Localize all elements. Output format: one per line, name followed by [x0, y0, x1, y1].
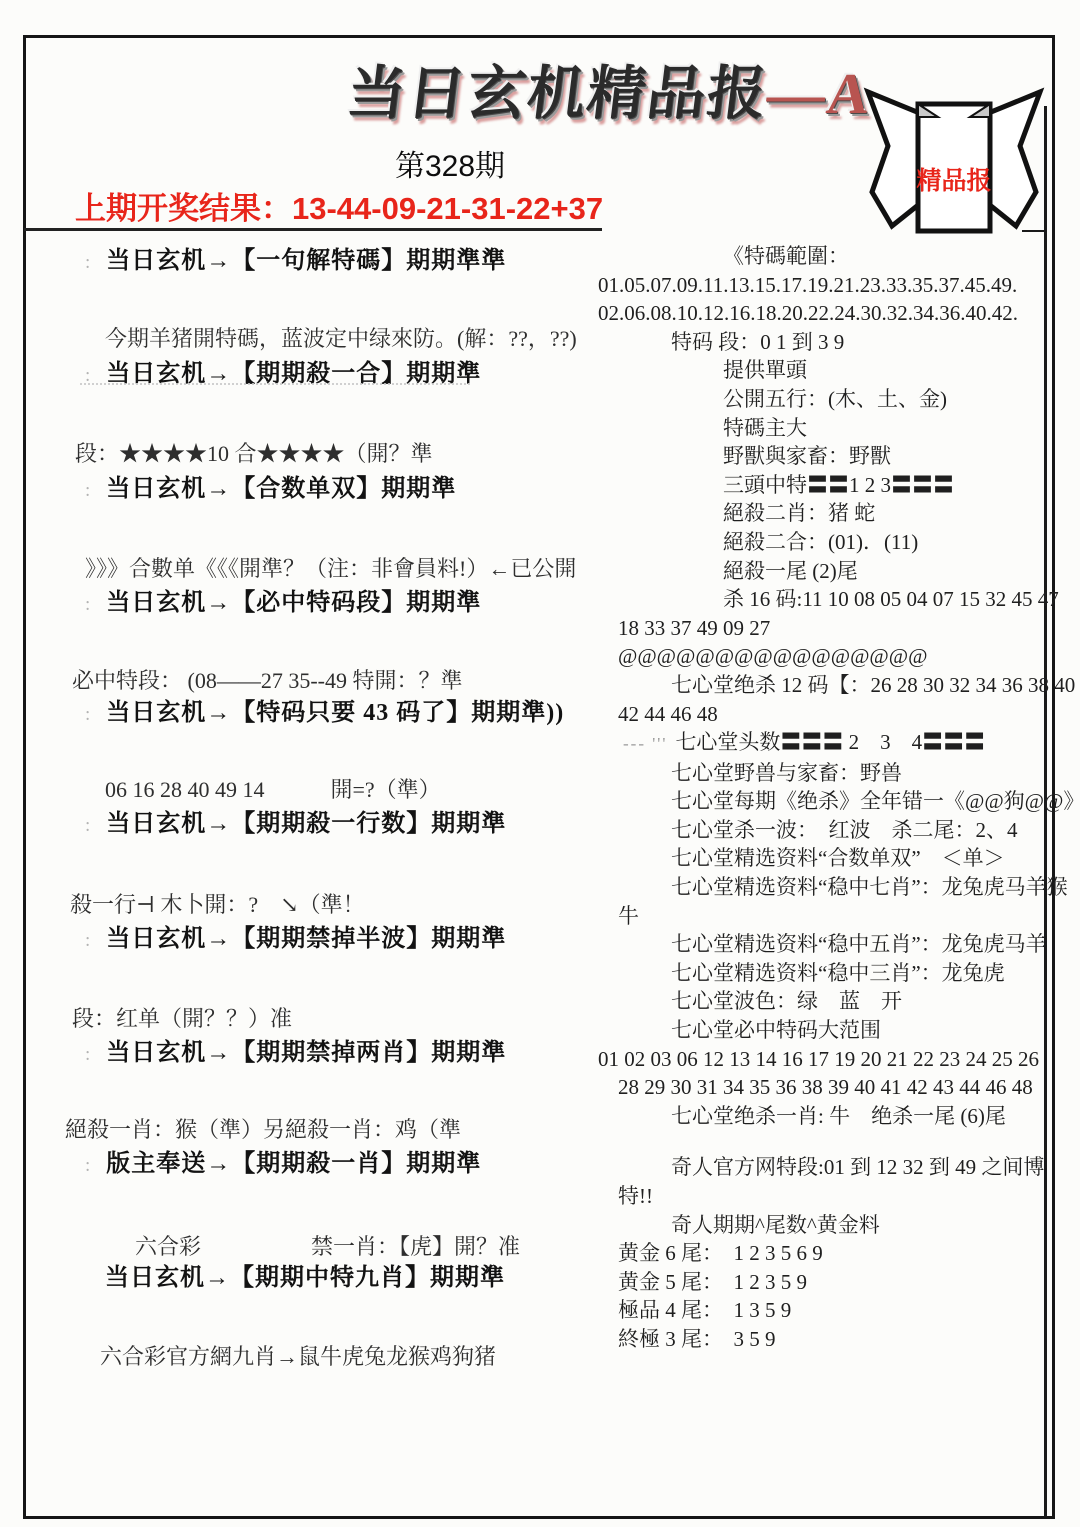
line-text: 段：★★★★10 合★★★★（開？準 [75, 441, 433, 466]
info-line: 七心堂野兽与家畜：野兽 [598, 759, 1050, 788]
line-text: 牛 [618, 904, 639, 928]
info-line: 01 02 03 06 12 13 14 16 17 19 20 21 22 2… [598, 1045, 1050, 1074]
line-text: 特!! [618, 1184, 653, 1208]
line-text: 黄金 5 尾： 1 2 3 5 9 [618, 1270, 807, 1294]
issue-number: 第328期 [325, 141, 575, 185]
line-text: 絕殺二肖：猪 蛇 [723, 501, 875, 525]
info-line: 七心堂杀一波： 红波 杀二尾：2、4 [598, 816, 1050, 845]
line-text: 公開五行：(木、土、金) [723, 387, 947, 411]
line-prefix: : [85, 930, 91, 951]
info-line: 牛 [598, 902, 1050, 931]
info-line: 七心堂精选资料“稳中七肖”：龙兔虎马羊猴 [598, 873, 1050, 902]
line-text: 絕殺一尾 (2)尾 [723, 559, 858, 583]
line-text: 絕殺一肖：猴（準）另絕殺一肖：鸡（準 [65, 1117, 461, 1142]
line-text: 七心堂绝杀一肖: 牛 绝杀一尾 (6)尾 [671, 1104, 1006, 1128]
faded-print-artifact [80, 383, 470, 385]
tip-line: 段：红单（開？？）准 [72, 1002, 292, 1033]
line-prefix: : [85, 252, 91, 273]
line-text: 段：红单（開？？）准 [72, 1006, 292, 1031]
info-line: 奇人官方网特段:01 到 12 32 到 49 之间博 [598, 1153, 1050, 1182]
line-text: 42 44 46 48 [618, 702, 718, 726]
tip-line: :当日玄机→【特码只要 43 码了】期期準)) [85, 692, 564, 727]
info-line: 野獸與家畜：野獸 [598, 442, 1050, 471]
line-text: 六合彩官方網九肖→鼠牛虎兔龙猴鸡狗猪 [100, 1344, 496, 1369]
info-line: 七心堂绝杀 12 码【：26 28 30 32 34 36 38 40 [598, 671, 1050, 700]
info-line: 七心堂绝杀一肖: 牛 绝杀一尾 (6)尾 [598, 1102, 1050, 1131]
tip-line: :当日玄机→【必中特码段】期期準 [85, 582, 481, 617]
line-text: 《特碼範圍： [723, 244, 849, 268]
line-text: 七心堂波色：绿 蓝 开 [671, 989, 902, 1013]
line-prefix: : [85, 594, 91, 615]
line-text: 七心堂绝杀 12 码【：26 28 30 32 34 36 38 40 [671, 673, 1075, 697]
line-text: 特碼主大 [723, 416, 807, 440]
tip-line: 当日玄机→【期期中特九肖】期期準 [105, 1257, 505, 1292]
ribbon-label: 精品报 [916, 166, 991, 195]
header-divider-line [24, 228, 602, 231]
line-text: 七心堂精选资料“稳中七肖”：龙兔虎马羊猴 [671, 875, 1068, 899]
tip-sheet-page: 当日玄机精品报—A 第328期 上期开奖结果：13-44-09-21-31-22… [0, 0, 1080, 1527]
info-line: 七心堂每期《绝杀》全年错一《@@狗@@》 [598, 787, 1050, 816]
line-text: 当日玄机→【合数单双】期期準 [106, 476, 456, 502]
line-prefix: : [85, 815, 91, 836]
info-line: 極品 4 尾： 1 3 5 9 [598, 1296, 1050, 1325]
line-text: 02.06.08.10.12.16.18.20.22.24.30.32.34.3… [598, 301, 1018, 325]
ribbon-banner-icon: 精品报 [858, 76, 1050, 234]
info-line: 杀 16 码:11 10 08 05 04 07 15 32 45 47 [598, 585, 1050, 614]
line-text: 殺一行⊣ 木卜開：? ↘（準！ [70, 892, 365, 917]
line-text: 》》》合數单《《《開準？（注：非會員料!）←已公開 [85, 556, 576, 581]
tip-line: 絕殺一肖：猴（準）另絕殺一肖：鸡（準 [65, 1113, 461, 1144]
line-text: 当日玄机→【期期禁掉半波】期期準 [106, 926, 506, 952]
line-text: 奇人官方网特段:01 到 12 32 到 49 之间博 [671, 1155, 1044, 1179]
line-text: 18 33 37 49 09 27 [618, 616, 770, 640]
info-line: 七心堂必中特码大范围 [598, 1016, 1050, 1045]
line-text: 01.05.07.09.11.13.15.17.19.21.23.33.35.3… [598, 273, 1017, 297]
line-text: 絕殺二合：(01)．(11) [723, 530, 918, 554]
line-text: 終極 3 尾： 3 5 9 [618, 1327, 776, 1351]
tip-line: :版主奉送→【期期殺一肖】期期準 [85, 1143, 481, 1178]
info-line: 七心堂精选资料“稳中三肖”：龙兔虎 [598, 959, 1050, 988]
line-text: 杀 16 码:11 10 08 05 04 07 15 32 45 47 [723, 587, 1059, 611]
line-text: 当日玄机→【特码只要 43 码了】期期準)) [106, 700, 564, 726]
tip-line: 段：★★★★10 合★★★★（開？準 [75, 437, 433, 468]
page-title: 当日玄机精品报—A [315, 46, 905, 130]
line-text: 七心堂精选资料“合数单双” ＜单＞ [671, 846, 1005, 870]
line-text: 06 16 28 40 49 14 開=?（準） [105, 777, 441, 802]
tip-line: 殺一行⊣ 木卜開：? ↘（準！ [70, 888, 365, 919]
info-line: 絕殺一尾 (2)尾 [598, 557, 1050, 586]
tip-line: :当日玄机→【期期禁掉两肖】期期準 [85, 1032, 506, 1067]
line-text: 当日玄机→【一句解特碼】期期準準 [106, 248, 506, 274]
tip-line: :当日玄机→【合数单双】期期準 [85, 468, 456, 503]
line-text: 七心堂精选资料“稳中五肖”：龙兔虎马羊 [671, 932, 1047, 956]
line-text: 六合彩 禁一肖：【虎】開？准 [135, 1234, 520, 1259]
line-text: 28 29 30 31 34 35 36 38 39 40 41 42 43 4… [618, 1075, 1033, 1099]
info-line: 奇人期期^尾数^黄金料 [598, 1211, 1050, 1240]
line-text: 七心堂精选资料“稳中三肖”：龙兔虎 [671, 961, 1005, 985]
info-line: 《特碼範圍： [598, 242, 1050, 271]
info-line: 01.05.07.09.11.13.15.17.19.21.23.33.35.3… [598, 271, 1050, 300]
tip-line: 06 16 28 40 49 14 開=?（準） [105, 773, 441, 804]
line-text: 七心堂必中特码大范围 [671, 1018, 881, 1042]
line-prefix: : [85, 704, 91, 725]
line-text: 当日玄机→【期期禁掉两肖】期期準 [106, 1040, 506, 1066]
last-draw-result: 上期开奖结果：13-44-09-21-31-22+37 [75, 183, 603, 228]
line-text: 01 02 03 06 12 13 14 16 17 19 20 21 22 2… [598, 1047, 1039, 1071]
tip-line: :当日玄机→【一句解特碼】期期準準 [85, 240, 506, 275]
line-text: 当日玄机→【必中特码段】期期準 [106, 590, 481, 616]
right-column: 《特碼範圍： 01.05.07.09.11.13.15.17.19.21.23.… [598, 242, 1050, 1354]
tip-line: :当日玄机→【期期殺一行数】期期準 [85, 803, 506, 838]
page-title-text: 当日玄机精品报 [343, 61, 771, 126]
info-line: @@@@@@@@@@@@@@@@ [598, 642, 1050, 671]
line-text: 当日玄机→【期期中特九肖】期期準 [105, 1265, 505, 1291]
line-text: 当日玄机→【期期殺一行数】期期準 [106, 811, 506, 837]
line-text: 野獸與家畜：野獸 [723, 444, 891, 468]
line-text: 七心堂杀一波： 红波 杀二尾：2、4 [671, 818, 1018, 842]
line-text: 黄金 6 尾： 1 2 3 5 6 9 [618, 1241, 823, 1265]
tip-line: 今期羊猪開特碼，蓝波定中绿來防。(解：??，??) [105, 322, 577, 353]
line-text: 今期羊猪開特碼，蓝波定中绿來防。(解：??，??) [105, 326, 577, 351]
tip-line: :当日玄机→【期期禁掉半波】期期準 [85, 918, 506, 953]
line-text: @@@@@@@@@@@@@@@@ [618, 644, 927, 668]
info-line: 特码 段：0 1 到 3 9 [598, 328, 1050, 357]
info-line: 七心堂精选资料“合数单双” ＜单＞ [598, 844, 1050, 873]
info-line: 42 44 46 48 [598, 700, 1050, 729]
info-line: 特碼主大 [598, 414, 1050, 443]
tip-line: 》》》合數单《《《開準？（注：非會員料!）←已公開 [85, 552, 576, 583]
line-text: 極品 4 尾： 1 3 5 9 [618, 1298, 791, 1322]
line-text: 版主奉送→【期期殺一肖】期期準 [106, 1151, 481, 1177]
info-line: 02.06.08.10.12.16.18.20.22.24.30.32.34.3… [598, 299, 1050, 328]
info-line: 黄金 5 尾： 1 2 3 5 9 [598, 1268, 1050, 1297]
line-prefix: : [85, 1044, 91, 1065]
info-line: 七心堂波色：绿 蓝 开 [598, 987, 1050, 1016]
line-text: 特码 段：0 1 到 3 9 [671, 330, 844, 354]
line-text: 必中特段： (08——27 35--49 特開：？準 [72, 668, 462, 693]
line-text: 奇人期期^尾数^黄金料 [671, 1213, 880, 1237]
tip-line: 必中特段： (08——27 35--49 特開：？準 [72, 664, 462, 695]
line-prefix: : [85, 480, 91, 501]
tip-line: 六合彩官方網九肖→鼠牛虎兔龙猴鸡狗猪 [100, 1340, 496, 1371]
info-line: 提供單頭 [598, 356, 1050, 385]
line-text: 七心堂头数〓〓〓 2 3 4〓〓〓 [675, 730, 985, 754]
line-prefix: : [85, 1155, 91, 1176]
line-text: 七心堂野兽与家畜：野兽 [671, 761, 902, 785]
line-prefix: --- ''' [623, 734, 667, 753]
line-text: 七心堂每期《绝杀》全年错一《@@狗@@》 [671, 789, 1080, 813]
info-line: 絕殺二肖：猪 蛇 [598, 499, 1050, 528]
info-line: 三頭中特〓〓1 2 3〓〓〓 [598, 471, 1050, 500]
info-line: 黄金 6 尾： 1 2 3 5 6 9 [598, 1239, 1050, 1268]
info-line: 終極 3 尾： 3 5 9 [598, 1325, 1050, 1354]
line-text: 提供單頭 [723, 358, 807, 382]
info-line: 七心堂精选资料“稳中五肖”：龙兔虎马羊 [598, 930, 1050, 959]
info-line: 28 29 30 31 34 35 36 38 39 40 41 42 43 4… [598, 1073, 1050, 1102]
info-line: 18 33 37 49 09 27 [598, 614, 1050, 643]
info-line: 特!! [598, 1182, 1050, 1211]
line-text: 三頭中特〓〓1 2 3〓〓〓 [723, 473, 954, 497]
info-line: 絕殺二合：(01)．(11) [598, 528, 1050, 557]
info-line: --- '''七心堂头数〓〓〓 2 3 4〓〓〓 [598, 728, 1050, 759]
info-line: 公開五行：(木、土、金) [598, 385, 1050, 414]
